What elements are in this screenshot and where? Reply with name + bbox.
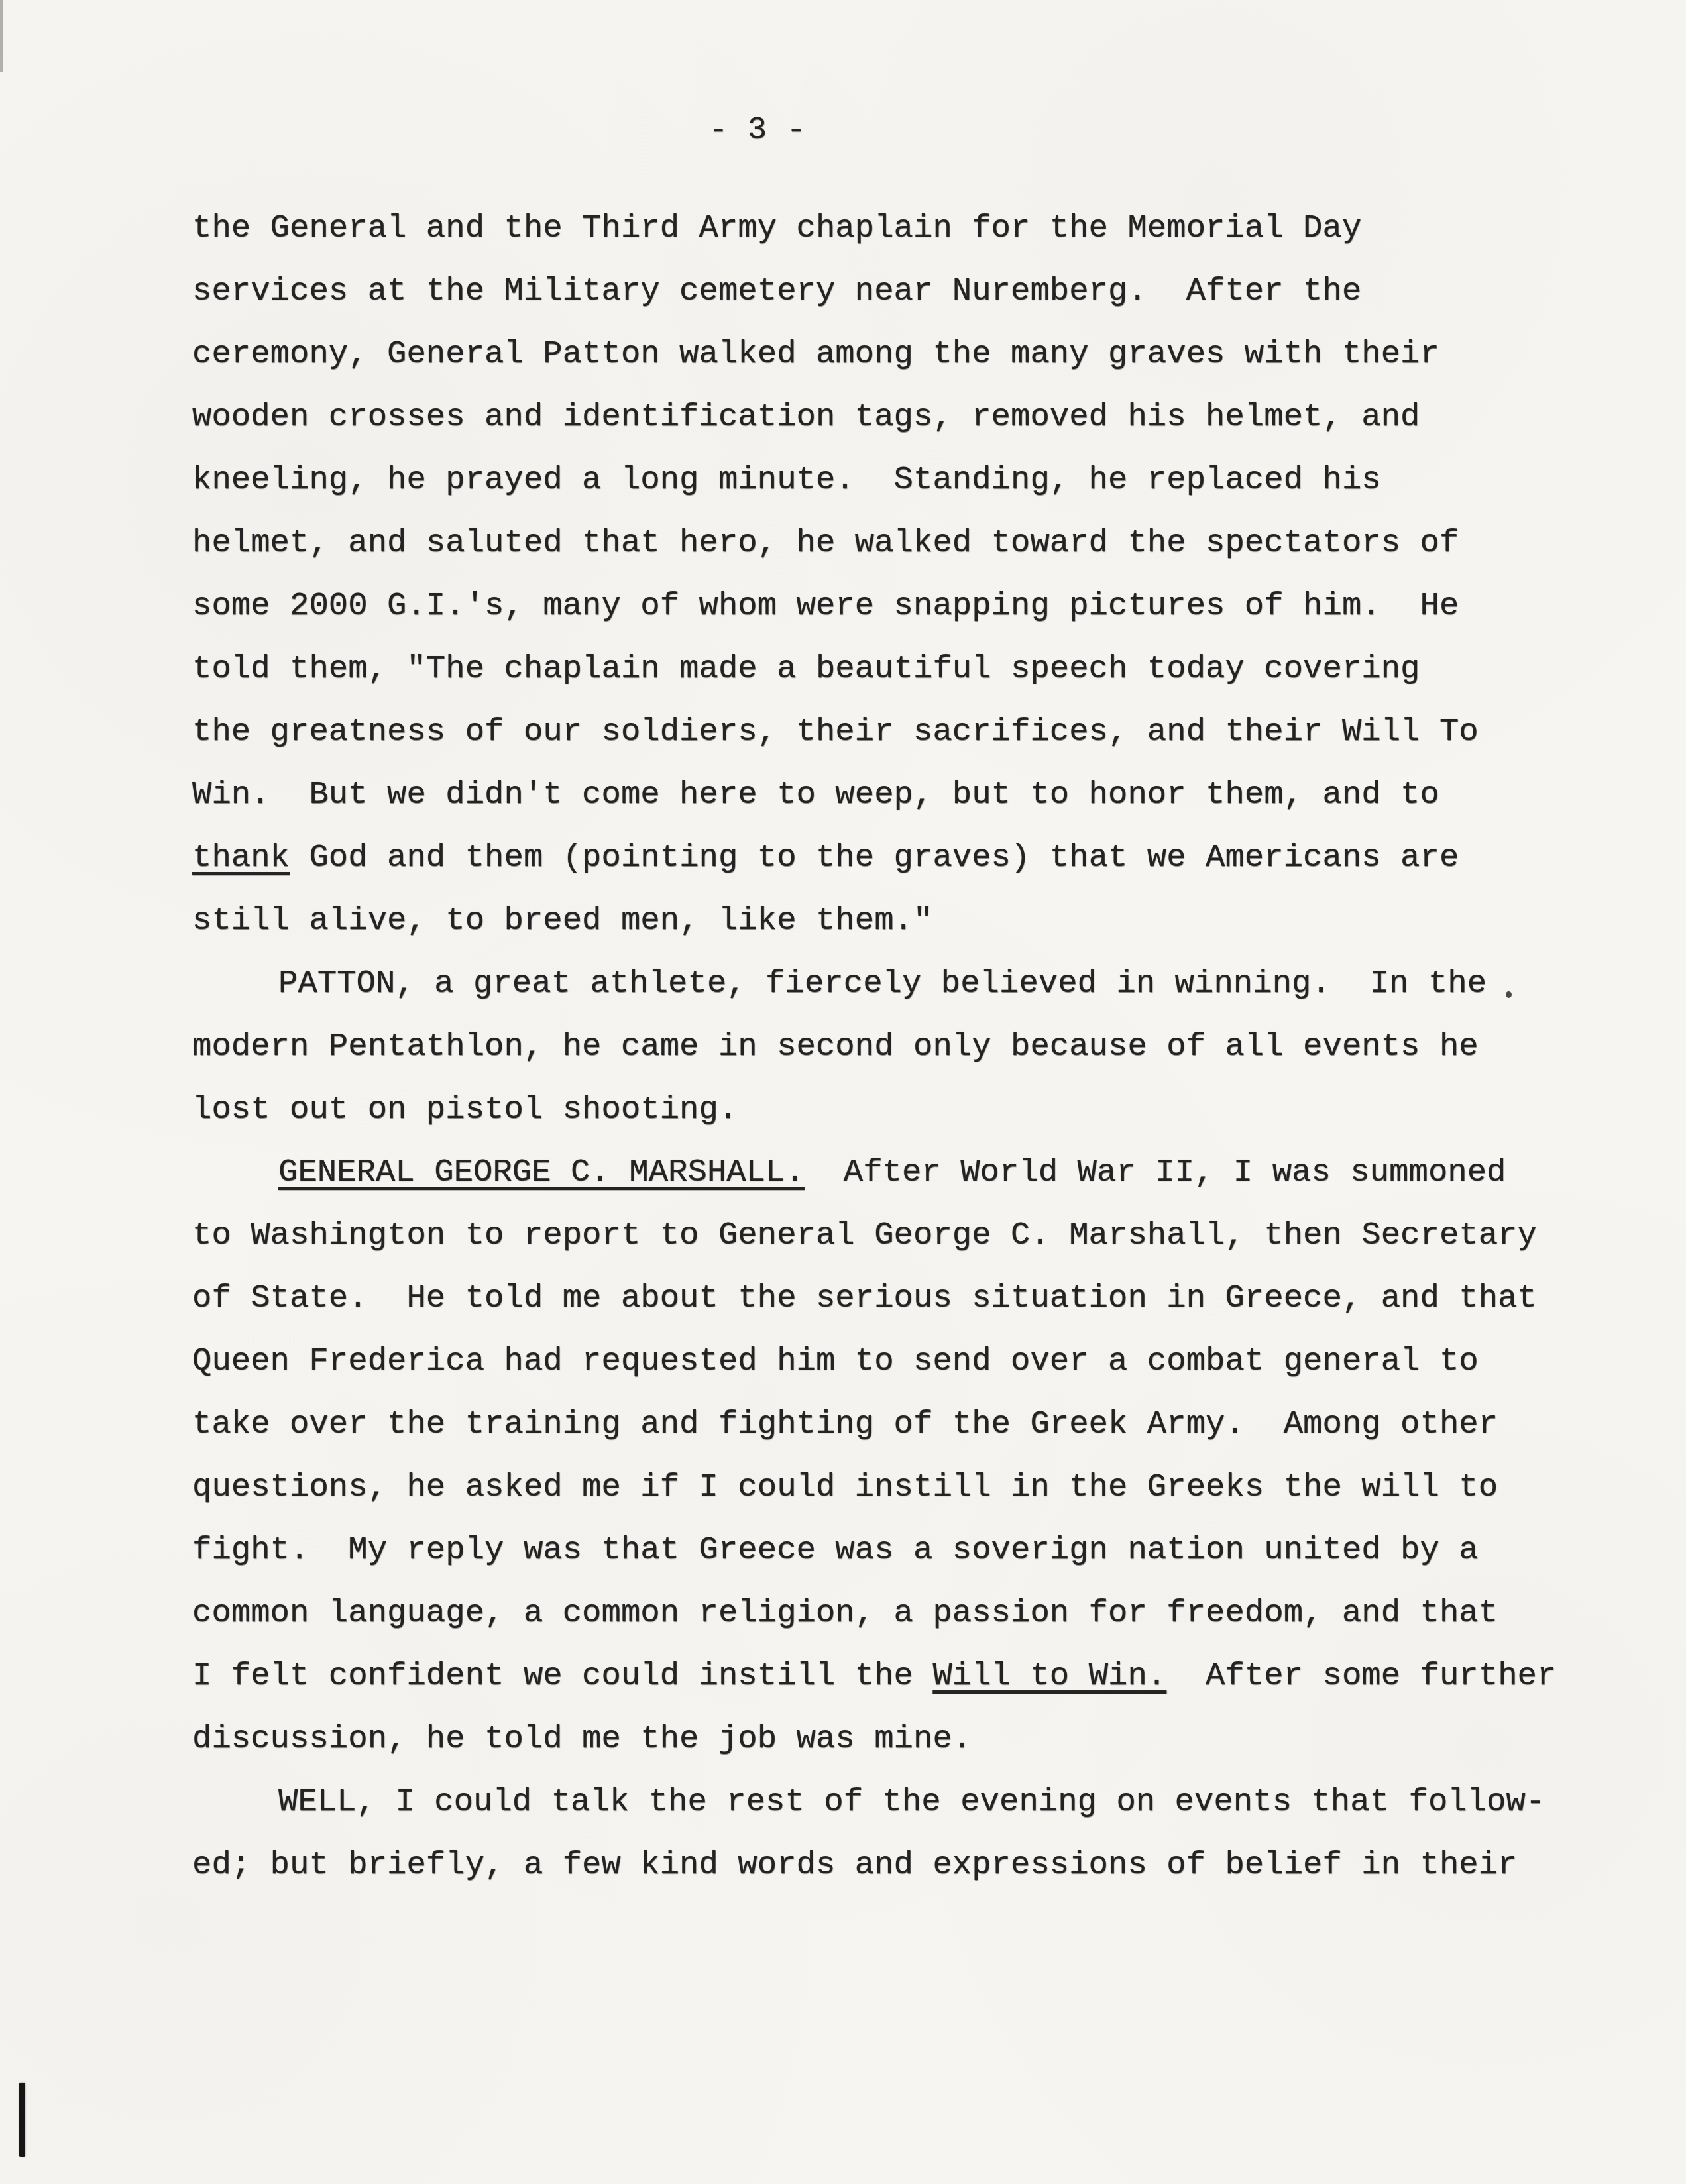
text-run: take over the training and fighting of t… (192, 1405, 1498, 1443)
text-run: common language, a common religion, a pa… (192, 1594, 1498, 1631)
page-number: - 3 - (708, 99, 806, 162)
scanned-page: - 3 - the General and the Third Army cha… (0, 0, 1686, 2184)
text-run: discussion, he told me the job was mine. (192, 1720, 972, 1757)
text-line: ceremony, General Patton walked among th… (192, 323, 1630, 386)
text-line: services at the Military cemetery near N… (192, 260, 1630, 323)
text-run: PATTON, a great athlete, fiercely believ… (278, 965, 1487, 1002)
document-body: the General and the Third Army chaplain … (192, 197, 1630, 1896)
text-run: ed; but briefly, a few kind words and ex… (192, 1846, 1518, 1883)
text-run: kneeling, he prayed a long minute. Stand… (192, 461, 1381, 498)
text-run: fight. My reply was that Greece was a so… (192, 1531, 1479, 1568)
text-run: still alive, to breed men, like them." (192, 902, 932, 939)
text-line: of State. He told me about the serious s… (192, 1267, 1630, 1330)
text-line: some 2000 G.I.'s, many of whom were snap… (192, 574, 1630, 637)
text-line: wooden crosses and identification tags, … (192, 386, 1630, 449)
text-run: ceremony, General Patton walked among th… (192, 335, 1439, 372)
text-run: Queen Frederica had requested him to sen… (192, 1342, 1479, 1380)
text-run: questions, he asked me if I could instil… (192, 1468, 1498, 1505)
text-line: WELL, I could talk the rest of the eveni… (192, 1771, 1630, 1833)
text-line: Queen Frederica had requested him to sen… (192, 1330, 1630, 1393)
text-line: fight. My reply was that Greece was a so… (192, 1519, 1630, 1582)
underlined-text: thank (192, 839, 290, 876)
text-line: GENERAL GEORGE C. MARSHALL. After World … (192, 1141, 1630, 1204)
text-run: of State. He told me about the serious s… (192, 1280, 1537, 1317)
scan-artifact-bar (19, 2083, 25, 2157)
text-line: the General and the Third Army chaplain … (192, 197, 1630, 260)
text-line: told them, "The chaplain made a beautifu… (192, 637, 1630, 700)
text-line: ed; but briefly, a few kind words and ex… (192, 1833, 1630, 1896)
text-run: I felt confident we could instill the (192, 1657, 932, 1694)
text-run: the greatness of our soldiers, their sac… (192, 713, 1479, 750)
text-line: the greatness of our soldiers, their sac… (192, 700, 1630, 763)
text-line: thank God and them (pointing to the grav… (192, 826, 1630, 889)
text-run: God and them (pointing to the graves) th… (290, 839, 1459, 876)
text-line: questions, he asked me if I could instil… (192, 1456, 1630, 1519)
stray-ink-mark (1506, 991, 1512, 998)
underlined-text: GENERAL GEORGE C. MARSHALL. (278, 1154, 805, 1191)
text-run: After some further (1166, 1657, 1556, 1694)
text-line: still alive, to breed men, like them." (192, 889, 1630, 952)
text-run: lost out on pistol shooting. (192, 1091, 738, 1128)
text-line: lost out on pistol shooting. (192, 1078, 1630, 1141)
text-line: Win. But we didn't come here to weep, bu… (192, 763, 1630, 826)
text-run: the General and the Third Army chaplain … (192, 209, 1361, 246)
text-line: modern Pentathlon, he came in second onl… (192, 1015, 1630, 1078)
text-line: helmet, and saluted that hero, he walked… (192, 512, 1630, 574)
text-run: Win. But we didn't come here to weep, bu… (192, 776, 1439, 813)
text-line: PATTON, a great athlete, fiercely believ… (192, 952, 1630, 1015)
text-run: to Washington to report to General Georg… (192, 1217, 1537, 1254)
text-line: common language, a common religion, a pa… (192, 1582, 1630, 1645)
text-run: wooden crosses and identification tags, … (192, 398, 1420, 435)
text-line: discussion, he told me the job was mine. (192, 1708, 1630, 1771)
text-run: told them, "The chaplain made a beautifu… (192, 650, 1420, 687)
text-run: some 2000 G.I.'s, many of whom were snap… (192, 587, 1459, 624)
scan-edge-artifact (0, 0, 3, 72)
text-line: I felt confident we could instill the Wi… (192, 1645, 1630, 1708)
text-line: kneeling, he prayed a long minute. Stand… (192, 449, 1630, 512)
text-run: WELL, I could talk the rest of the eveni… (278, 1783, 1545, 1820)
text-line: to Washington to report to General Georg… (192, 1204, 1630, 1267)
text-line: take over the training and fighting of t… (192, 1393, 1630, 1456)
text-run: modern Pentathlon, he came in second onl… (192, 1028, 1479, 1065)
text-run: After World War II, I was summoned (805, 1154, 1506, 1191)
text-run: services at the Military cemetery near N… (192, 272, 1361, 309)
text-run: helmet, and saluted that hero, he walked… (192, 524, 1459, 561)
underlined-text: Will to Win. (932, 1657, 1166, 1694)
